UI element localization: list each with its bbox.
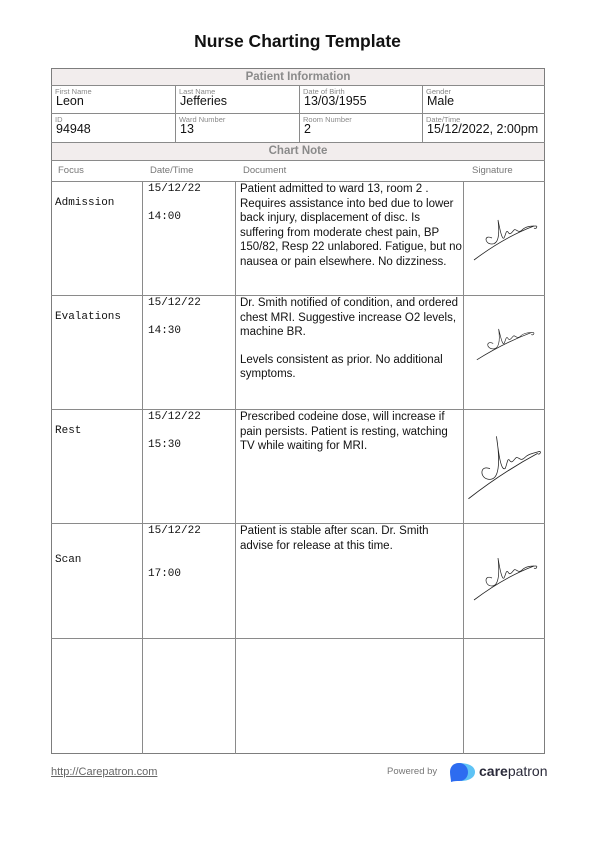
divider (235, 181, 236, 754)
last-name-field[interactable]: Last Name Jefferies (175, 85, 299, 113)
brand-bold: care (479, 763, 508, 779)
field-value: 94948 (56, 122, 91, 136)
field-value: 2 (304, 122, 311, 136)
date-cell: 15/12/22 (148, 525, 201, 537)
room-number-field[interactable]: Room Number 2 (299, 113, 422, 142)
brand-rest: patron (508, 763, 548, 779)
first-name-field[interactable]: First Name Leon (51, 85, 175, 113)
document-text: Prescribed codeine dose, will increase i… (240, 410, 464, 454)
divider (142, 181, 143, 754)
document-cell: Dr. Smith notified of condition, and ord… (240, 296, 464, 395)
field-value: 13/03/1955 (304, 94, 367, 108)
document-text: Patient admitted to ward 13, room 2 . Re… (240, 182, 464, 270)
focus-cell: Scan (55, 554, 81, 566)
date-cell: 15/12/22 (148, 297, 201, 309)
column-header-datetime: Date/Time (150, 165, 193, 176)
signature-icon (470, 210, 540, 265)
time-cell: 15:30 (148, 439, 181, 451)
dob-field[interactable]: Date of Birth 13/03/1955 (299, 85, 422, 113)
time-cell: 17:00 (148, 568, 181, 580)
field-value: Leon (56, 94, 84, 108)
focus-cell: Admission (55, 197, 114, 209)
document-text: Levels consistent as prior. No additiona… (240, 353, 464, 382)
time-cell: 14:00 (148, 211, 181, 223)
document-cell: Prescribed codeine dose, will increase i… (240, 410, 464, 467)
focus-cell: Rest (55, 425, 81, 437)
divider (51, 638, 545, 639)
field-value: Jefferies (180, 94, 227, 108)
signature-icon (470, 550, 540, 605)
time-cell: 14:30 (148, 325, 181, 337)
chart-note-heading: Chart Note (52, 143, 544, 160)
patient-info-heading: Patient Information (52, 69, 544, 85)
focus-cell: Evalations (55, 311, 121, 323)
field-value: 15/12/2022, 2:00pm (427, 122, 538, 136)
date-cell: 15/12/22 (148, 183, 201, 195)
date-cell: 15/12/22 (148, 411, 201, 423)
carepatron-link[interactable]: http://Carepatron.com (51, 766, 157, 778)
ward-number-field[interactable]: Ward Number 13 (175, 113, 299, 142)
document-text: Dr. Smith notified of condition, and ord… (240, 296, 464, 340)
divider (51, 160, 545, 161)
field-value: 13 (180, 122, 194, 136)
column-header-focus: Focus (58, 165, 84, 176)
carepatron-wordmark: carepatron (479, 763, 548, 779)
column-header-signature: Signature (472, 165, 513, 176)
gender-field[interactable]: Gender Male (422, 85, 545, 113)
signature-icon (466, 432, 542, 502)
powered-by-label: Powered by (387, 766, 437, 777)
page-title: Nurse Charting Template (0, 31, 595, 52)
datetime-field[interactable]: Date/Time 15/12/2022, 2:00pm (422, 113, 545, 142)
field-value: Male (427, 94, 454, 108)
carepatron-logo-icon (449, 762, 477, 782)
document-cell: Patient is stable after scan. Dr. Smith … (240, 524, 464, 566)
document-text: Patient is stable after scan. Dr. Smith … (240, 524, 464, 553)
document-cell: Patient admitted to ward 13, room 2 . Re… (240, 182, 464, 283)
column-header-document: Document (243, 165, 286, 176)
signature-icon (472, 318, 538, 368)
id-field[interactable]: ID 94948 (51, 113, 175, 142)
